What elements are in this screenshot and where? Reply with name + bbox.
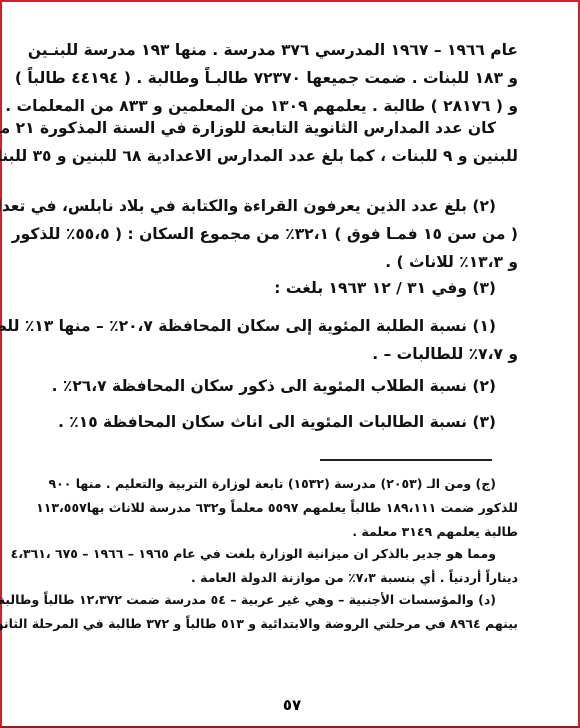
text-line: (٣) نسبة الطالبات المئوية الى اناث سكان … (62, 408, 518, 436)
footnote-foreign-institutions: (د) والمؤسسات الأجنبية – وهي غير عربية –… (62, 588, 518, 636)
text-line: للذكور ضمت ١٨٩،١١١ طالباً يعلمهم ٥٥٩٧ مع… (62, 496, 518, 520)
text-line: طالبة يعلمهم ٣١٤٩ معلمة . (62, 520, 518, 544)
text-line: عام ١٩٦٦ – ١٩٦٧ المدرسي ٣٧٦ مدرسة . منها… (62, 36, 518, 64)
text-line: (ج) ومن الـ (٢٠٥٣) مدرسة (١٥٣٢) تابعة لو… (62, 472, 518, 496)
text-line: (١) نسبة الطلبة المئوية إلى سكان المحافظ… (62, 312, 518, 340)
note-1963: (٣) وفي ٣١ / ١٢ ١٩٦٣ بلغت : (62, 274, 518, 302)
text-line: و ١٨٣ للبنات . ضمت جميعها ٧٢٣٧٠ طالبـاً … (62, 64, 518, 92)
text-line: (د) والمؤسسات الأجنبية – وهي غير عربية –… (62, 588, 518, 612)
text-line: و ٧،٧٪ للطالبات – . (62, 340, 518, 368)
text-line: و ١٣،٣٪ للاناث ) . (62, 248, 518, 276)
text-line: (٢) نسبة الطلاب المئوية الى ذكور سكان ال… (62, 372, 518, 400)
note-student-ratio: (١) نسبة الطلبة المئوية إلى سكان المحافظ… (62, 312, 518, 368)
note-literacy: (٢) بلغ عدد الذين يعرفون القراءة والكتاب… (62, 192, 518, 276)
note-female-ratio: (٣) نسبة الطالبات المئوية الى اناث سكان … (62, 408, 518, 436)
paragraph-schools-1966: عام ١٩٦٦ – ١٩٦٧ المدرسي ٣٧٦ مدرسة . منها… (62, 36, 518, 120)
page-number: ٥٧ (2, 696, 580, 714)
footnote-budget: ومما هو جدير بالذكر ان ميزانية الوزارة ب… (62, 542, 518, 590)
text-line: كان عدد المدارس الثانوية التابعة للوزارة… (62, 114, 518, 142)
text-line: بينهم ٨٩٦٤ في مرحلتي الروضة والابتدائية … (62, 612, 518, 636)
text-line: ديناراً أردنياً . أي بنسبة ٧،٣٪ من موازن… (62, 566, 518, 590)
paragraph-secondary-schools: كان عدد المدارس الثانوية التابعة للوزارة… (62, 114, 518, 170)
text-line: للبنين و ٩ للبنات ، كما بلغ عدد المدارس … (62, 142, 518, 170)
footnote-ministry-schools: (ج) ومن الـ (٢٠٥٣) مدرسة (١٥٣٢) تابعة لو… (62, 472, 518, 544)
text-line: (٣) وفي ٣١ / ١٢ ١٩٦٣ بلغت : (62, 274, 518, 302)
footnote-divider (320, 459, 492, 461)
page-frame: عام ١٩٦٦ – ١٩٦٧ المدرسي ٣٧٦ مدرسة . منها… (0, 0, 580, 728)
text-line: ( من سن ١٥ فمـا فوق ) ٣٢،١٪ من مجموع الس… (62, 220, 518, 248)
text-line: ومما هو جدير بالذكر ان ميزانية الوزارة ب… (62, 542, 518, 566)
note-male-ratio: (٢) نسبة الطلاب المئوية الى ذكور سكان ال… (62, 372, 518, 400)
text-line: (٢) بلغ عدد الذين يعرفون القراءة والكتاب… (62, 192, 518, 220)
